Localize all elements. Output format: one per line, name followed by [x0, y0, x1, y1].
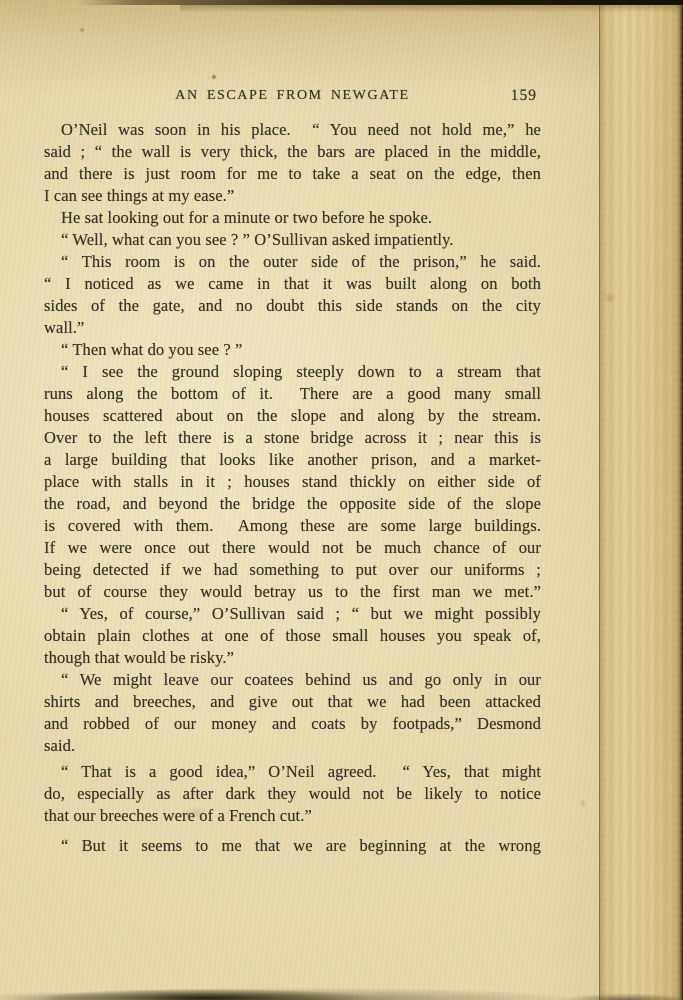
text-line: “ That is a good idea,” O’Neil agreed. “…: [44, 761, 541, 783]
page-number: 159: [511, 87, 537, 105]
text-line: “ Yes, of course,” O’Sullivan said ; “ b…: [44, 603, 541, 625]
paragraph: “ But it seems to me that we are beginni…: [44, 835, 541, 857]
text-line: place with stalls in it ; houses stand t…: [44, 471, 541, 493]
text-line: wall.”: [44, 317, 541, 339]
page-header: AN ESCAPE FROM NEWGATE 159: [44, 88, 541, 108]
text-line: do, especially as after dark they would …: [44, 783, 541, 805]
text-line: “ We might leave our coatees behind us a…: [44, 669, 541, 691]
page-bottom-shadow: [0, 954, 683, 1000]
paragraph: “ That is a good idea,” O’Neil agreed. “…: [44, 761, 541, 827]
text-line: He sat looking out for a minute or two b…: [44, 207, 541, 229]
paragraph: “ Then what do you see ? ”: [44, 339, 541, 361]
running-title: AN ESCAPE FROM NEWGATE: [44, 88, 541, 104]
text-line: though that would be risky.”: [44, 647, 541, 669]
text-line: sides of the gate, and no doubt this sid…: [44, 295, 541, 317]
text-line: said.: [44, 735, 541, 757]
text-line: obtain plain clothes at one of those sma…: [44, 625, 541, 647]
page-right-edge: [599, 0, 683, 1000]
text-line: O’Neil was soon in his place. “ You need…: [44, 119, 541, 141]
text-line: houses scattered about on the slope and …: [44, 405, 541, 427]
paragraph: “ I see the ground sloping steeply down …: [44, 361, 541, 603]
text-line: “ I noticed as we came in that it was bu…: [44, 273, 541, 295]
text-line: that our breeches were of a French cut.”: [44, 805, 541, 827]
text-line: “ Well, what can you see ? ” O’Sullivan …: [44, 229, 541, 251]
paragraph: He sat looking out for a minute or two b…: [44, 207, 541, 229]
text-line: a large building that looks like another…: [44, 449, 541, 471]
book-page-scan: AN ESCAPE FROM NEWGATE 159 O’Neil was so…: [0, 0, 683, 1000]
text-line: Over to the left there is a stone bridge…: [44, 427, 541, 449]
text-line: being detected if we had something to pu…: [44, 559, 541, 581]
text-line: the road, and beyond the bridge the oppo…: [44, 493, 541, 515]
paragraph: “ Yes, of course,” O’Sullivan said ; “ b…: [44, 603, 541, 669]
text-line: but of course they would betray us to th…: [44, 581, 541, 603]
text-line: “ I see the ground sloping steeply down …: [44, 361, 541, 383]
text-line: “ Then what do you see ? ”: [44, 339, 541, 361]
text-line: If we were once out there would not be m…: [44, 537, 541, 559]
text-block: O’Neil was soon in his place. “ You need…: [44, 119, 541, 857]
text-line: said ; “ the wall is very thick, the bar…: [44, 141, 541, 163]
text-line: and there is just room for me to take a …: [44, 163, 541, 185]
text-line: and robbed of our money and coats by foo…: [44, 713, 541, 735]
text-line: runs along the bottom of it. There are a…: [44, 383, 541, 405]
text-line: is covered with them. Among these are so…: [44, 515, 541, 537]
text-line: “ But it seems to me that we are beginni…: [44, 835, 541, 857]
paragraph: “ We might leave our coatees behind us a…: [44, 669, 541, 757]
text-line: shirts and breeches, and give out that w…: [44, 691, 541, 713]
text-line: I can see things at my ease.”: [44, 185, 541, 207]
paragraph: O’Neil was soon in his place. “ You need…: [44, 119, 541, 207]
text-line: “ This room is on the outer side of the …: [44, 251, 541, 273]
paragraph: “ This room is on the outer side of the …: [44, 251, 541, 339]
page-top-edge-glow: [180, 5, 683, 13]
paragraph: “ Well, what can you see ? ” O’Sullivan …: [44, 229, 541, 251]
